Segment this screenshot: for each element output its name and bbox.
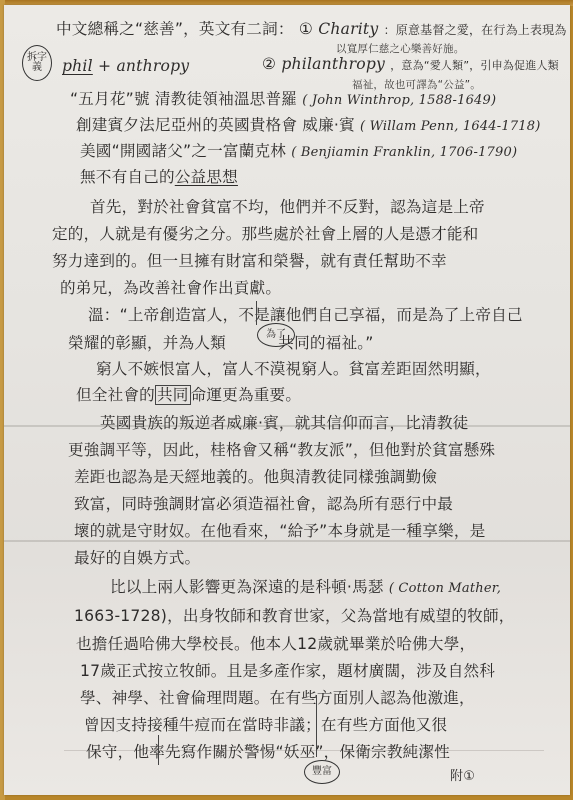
term-charity: Charity bbox=[318, 20, 378, 38]
p3-suffix: 命運更為重要。 bbox=[191, 386, 302, 404]
p5-text: 比以上兩人影響更為深遠的是科頓·馬瑟 bbox=[110, 578, 384, 596]
p5-line-4: 17歲正式按立牧師。且是多產作家，題材廣闊，涉及自然科 bbox=[80, 659, 495, 681]
quote-part-a: 溫：“上帝創造富人，不是 bbox=[88, 306, 270, 324]
figure-name: 美國“開國諸父”之一富蘭克林 bbox=[80, 142, 286, 160]
charity-definition-cont: 以寬厚仁慈之心樂善好施。 bbox=[336, 41, 464, 56]
p5-line-1: 比以上兩人影響更為深遠的是科頓·馬瑟 ( Cotton Mather, bbox=[110, 575, 501, 597]
definition-intro: 中文總稱之“慈善”，英文有二詞： bbox=[56, 20, 294, 38]
p1-line-4: 的弟兄，為改善社會作出貢獻。 bbox=[60, 276, 281, 298]
p5-line-6: 曾因支持接種牛痘而在當時非議；在有些方面他又很 bbox=[84, 713, 447, 735]
figure-name: 創建賓夕法尼亞州的英國貴格會 威廉·賓 bbox=[76, 116, 355, 134]
footer-note-text: 豐富 bbox=[312, 767, 332, 778]
p5-latin: ( Cotton Mather, bbox=[389, 581, 501, 596]
figure-latin: ( Willam Penn, 1644-1718) bbox=[360, 119, 541, 134]
margin-note-text: 拆字義 bbox=[27, 53, 47, 74]
p4-line-2: 更強調平等，因此，桂格會又稱“教友派”，但他對於貧富懸殊 bbox=[68, 438, 495, 460]
philanthropy-definition: ，意為“愛人類”，引申為促進人類 bbox=[390, 59, 559, 72]
item-1-marker: ① bbox=[299, 20, 313, 38]
quote-part-c: 榮耀的彰顯，并為人類 bbox=[68, 334, 226, 352]
item-2-marker: ② bbox=[262, 55, 276, 73]
insertion-mark bbox=[316, 695, 317, 757]
p3-prefix: 但全社會的 bbox=[76, 386, 155, 404]
handwritten-page: 中文總稱之“慈善”，英文有二詞： ① Charity ：原意基督之愛，在行為上表… bbox=[4, 5, 570, 795]
p1-line-1: 首先，對於社會貧富不均，他們并不反對，認為這是上帝 bbox=[90, 195, 485, 217]
p1-line-2: 定的，人就是有優劣之分。那些處於社會上層的人是憑才能和 bbox=[52, 222, 478, 244]
figure-latin: ( John Winthrop, 1588-1649) bbox=[302, 93, 496, 108]
figure-franklin: 美國“開國諸父”之一富蘭克林 ( Benjiamin Franklin, 170… bbox=[80, 139, 517, 161]
header-line-2: ② philanthropy ，意為“愛人類”，引申為促進人類 bbox=[262, 55, 559, 73]
page-label: 附① bbox=[450, 765, 475, 784]
quote-part-b: 讓他們自己享福，而是為了上帝自己 bbox=[270, 306, 523, 324]
figure-latin: ( Benjiamin Franklin, 1706-1790) bbox=[291, 145, 517, 160]
term-philanthropy: philanthropy bbox=[281, 55, 385, 73]
p4-line-1: 英國貴族的叛逆者威廉·賓，就其信仰而言，比清教徒 bbox=[100, 411, 468, 433]
insertion-mark bbox=[256, 301, 257, 325]
p5-line-5: 學、神學、社會倫理問題。在有些方面別人認為他激進， bbox=[80, 686, 475, 708]
margin-note-circled: 拆字義 bbox=[22, 45, 52, 81]
p3-line-2: 但全社會的共同命運更為重要。 bbox=[76, 383, 301, 405]
inserted-word-circled: 為了 bbox=[257, 323, 295, 347]
p5-line-7: 保守，他率先寫作關於警惕“妖巫”，保衛宗教純潔性 bbox=[86, 740, 450, 762]
p4-line-6: 最好的自娛方式。 bbox=[74, 546, 200, 568]
boxed-word: 共同 bbox=[155, 385, 191, 405]
summary-prefix: 無不有自己的 bbox=[80, 168, 175, 186]
p5-line-2: 1663-1728)，出身牧師和教育世家，父為當地有威望的牧師， bbox=[74, 604, 515, 626]
p1-line-3: 努力達到的。但一旦擁有財富和榮譽，就有責任幫助不幸 bbox=[52, 249, 447, 271]
footer-circled-note: 豐富 bbox=[304, 760, 340, 784]
p2-line-2: 榮耀的彰顯，并為人類 共同的福祉。” bbox=[68, 331, 374, 353]
etymology: phil + anthropy bbox=[62, 57, 189, 75]
etymology-root-phil: phil bbox=[62, 57, 93, 75]
p4-line-3: 差距也認為是天經地義的。他與清教徒同樣強調勤儉 bbox=[74, 465, 437, 487]
p5-line-3: 也擔任過哈佛大學校長。他本人12歲就畢業於哈佛大學， bbox=[76, 632, 475, 654]
correction-stroke bbox=[158, 735, 159, 765]
summary-line: 無不有自己的公益思想 bbox=[80, 165, 238, 187]
header-line-1: 中文總稱之“慈善”，英文有二詞： ① Charity ：原意基督之愛，在行為上表… bbox=[56, 17, 567, 39]
figure-name: “五月花”號 清教徒領袖溫思普羅 bbox=[70, 90, 297, 108]
etymology-plus: + bbox=[98, 57, 111, 75]
charity-definition: ：原意基督之愛，在行為上表現為 bbox=[384, 23, 567, 37]
figure-penn: 創建賓夕法尼亞州的英國貴格會 威廉·賓 ( Willam Penn, 1644-… bbox=[76, 113, 541, 135]
p2-line-1: 溫：“上帝創造富人，不是讓他們自己享福，而是為了上帝自己 bbox=[88, 303, 523, 325]
inserted-word: 為了 bbox=[266, 330, 286, 341]
etymology-root-anthropy: anthropy bbox=[116, 57, 189, 75]
figure-winthrop: “五月花”號 清教徒領袖溫思普羅 ( John Winthrop, 1588-1… bbox=[70, 87, 496, 109]
p3-line-1: 窮人不嫉恨富人，富人不漠視窮人。貧富差距固然明顯， bbox=[96, 357, 491, 379]
p4-line-4: 致富，同時強調財富必須造福社會，認為所有惡行中最 bbox=[74, 492, 453, 514]
p4-line-5: 壞的就是守財奴。在他看來，“給予”本身就是一種享樂，是 bbox=[74, 519, 485, 541]
summary-underlined: 公益思想 bbox=[175, 168, 238, 186]
